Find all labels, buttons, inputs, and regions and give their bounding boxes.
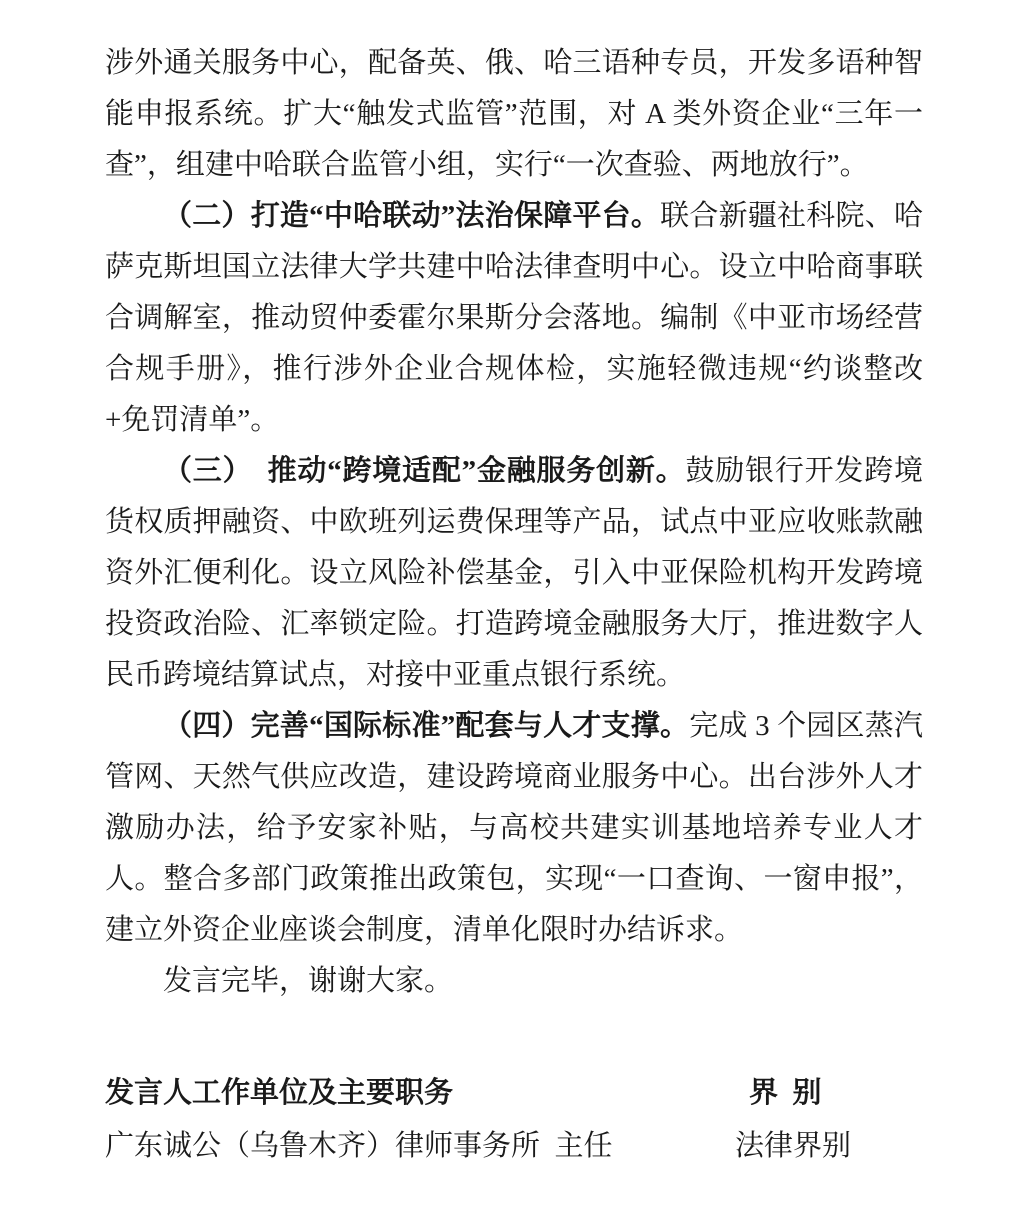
paragraph-text-run: 涉外通关服务中心，配备英、俄、哈三语种专员，开发多语种智能申报系统。扩大“触发式… bbox=[105, 47, 923, 181]
paragraph-heading-run: （三） 推动“跨境适配”金融服务创新。 bbox=[163, 455, 685, 487]
speaker-info-value-row: 广东诚公（乌鲁木齐）律师事务所 主任 法律界别 bbox=[105, 1120, 923, 1173]
paragraph: 发言完毕，谢谢大家。 bbox=[105, 956, 923, 1007]
paragraph: （二）打造“中哈联动”法治保障平台。联合新疆社科院、哈萨克斯坦国立法律大学共建中… bbox=[105, 191, 923, 446]
speaker-org-value: 广东诚公（乌鲁木齐）律师事务所 主任 bbox=[105, 1120, 735, 1173]
paragraph-text-run: 联合新疆社科院、哈萨克斯坦国立法律大学共建中哈法律查明中心。设立中哈商事联合调解… bbox=[105, 200, 923, 436]
paragraph-heading-run: （二）打造“中哈联动”法治保障平台。 bbox=[163, 200, 660, 232]
sector-value: 法律界别 bbox=[735, 1120, 923, 1173]
paragraph-text-run: 完成 3 个园区蒸汽管网、天然气供应改造，建设跨境商业服务中心。出台涉外人才激励… bbox=[105, 710, 923, 946]
document-page: 涉外通关服务中心，配备英、俄、哈三语种专员，开发多语种智能申报系统。扩大“触发式… bbox=[0, 0, 1019, 1221]
paragraph: （三） 推动“跨境适配”金融服务创新。鼓励银行开发跨境货权质押融资、中欧班列运费… bbox=[105, 446, 923, 701]
paragraph-text-run: 鼓励银行开发跨境货权质押融资、中欧班列运费保理等产品，试点中亚应收账款融资外汇便… bbox=[105, 455, 923, 691]
speaker-org-header: 发言人工作单位及主要职务 bbox=[105, 1067, 735, 1120]
speaker-info-header-row: 发言人工作单位及主要职务 界 别 bbox=[105, 1067, 923, 1120]
document-body: 涉外通关服务中心，配备英、俄、哈三语种专员，开发多语种智能申报系统。扩大“触发式… bbox=[0, 0, 1019, 1007]
paragraph-heading-run: （四）完善“国际标准”配套与人才支撑。 bbox=[163, 710, 689, 742]
paragraph: （四）完善“国际标准”配套与人才支撑。完成 3 个园区蒸汽管网、天然气供应改造，… bbox=[105, 701, 923, 956]
paragraph-text-run: 发言完毕，谢谢大家。 bbox=[163, 965, 453, 997]
sector-header: 界 别 bbox=[735, 1067, 923, 1120]
paragraph: 涉外通关服务中心，配备英、俄、哈三语种专员，开发多语种智能申报系统。扩大“触发式… bbox=[105, 38, 923, 191]
speaker-info-section: 发言人工作单位及主要职务 界 别 广东诚公（乌鲁木齐）律师事务所 主任 法律界别 bbox=[0, 1067, 1019, 1173]
